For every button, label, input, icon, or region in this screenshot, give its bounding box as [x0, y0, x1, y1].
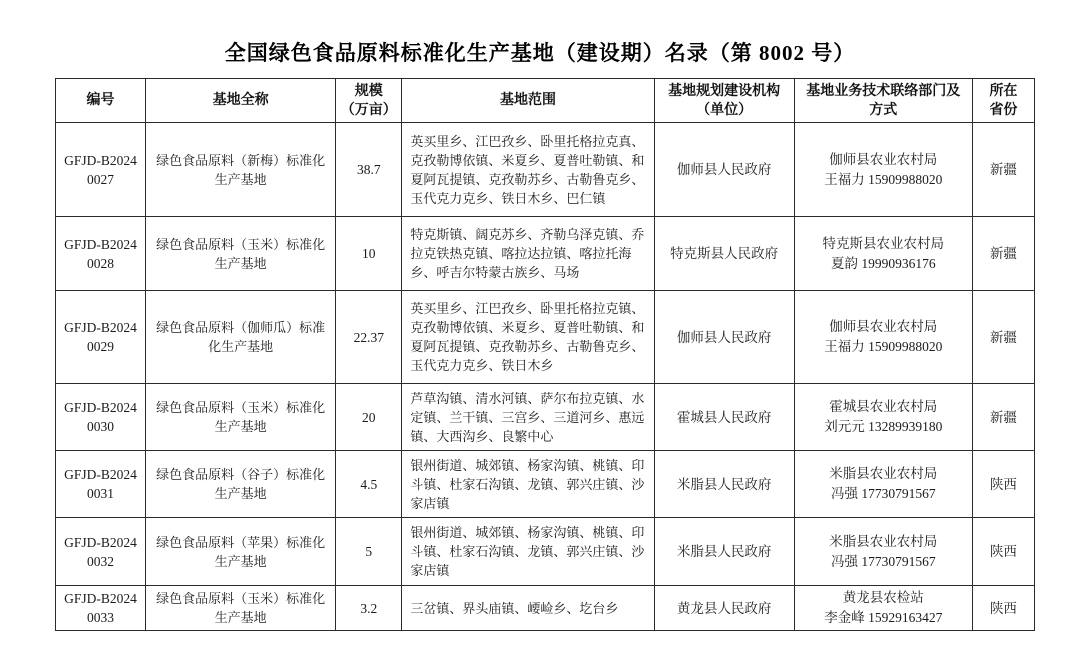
cell-agency: 米脂县人民政府 — [654, 451, 794, 518]
id-number: 0028 — [60, 254, 141, 273]
table-row: GFJD-B20240029 绿色食品原料（伽师瓜）标准化生产基地 22.37 … — [56, 291, 1035, 384]
header-province: 所在省份 — [972, 79, 1034, 123]
cell-id: GFJD-B20240031 — [56, 451, 146, 518]
cell-id: GFJD-B20240030 — [56, 384, 146, 451]
header-scope: 基地范围 — [402, 79, 654, 123]
header-contact: 基地业务技术联络部门及方式 — [794, 79, 972, 123]
id-prefix: GFJD-B2024 — [60, 151, 141, 170]
cell-scale: 38.7 — [336, 123, 402, 217]
cell-agency: 伽师县人民政府 — [654, 123, 794, 217]
contact-dept: 黄龙县农检站 — [799, 588, 968, 608]
cell-name: 绿色食品原料（谷子）标准化生产基地 — [146, 451, 336, 518]
cell-province: 新疆 — [972, 217, 1034, 291]
contact-person-phone: 夏韵 19990936176 — [799, 254, 968, 274]
id-number: 0029 — [60, 337, 141, 356]
base-directory-table: 编号 基地全称 规模（万亩） 基地范围 基地规划建设机构（单位） 基地业务技术联… — [55, 78, 1035, 631]
cell-scope: 三岔镇、界头庙镇、崾崄乡、圪台乡 — [402, 586, 654, 631]
cell-name: 绿色食品原料（苹果）标准化生产基地 — [146, 518, 336, 586]
page-title: 全国绿色食品原料标准化生产基地（建设期）名录（第 8002 号） — [0, 40, 1080, 66]
cell-name: 绿色食品原料（玉米）标准化生产基地 — [146, 217, 336, 291]
id-number: 0027 — [60, 170, 141, 189]
cell-scope: 银州街道、城郊镇、杨家沟镇、桃镇、印斗镇、杜家石沟镇、龙镇、郭兴庄镇、沙家店镇 — [402, 451, 654, 518]
table-row: GFJD-B20240031 绿色食品原料（谷子）标准化生产基地 4.5 银州街… — [56, 451, 1035, 518]
cell-name: 绿色食品原料（玉米）标准化生产基地 — [146, 586, 336, 631]
contact-dept: 特克斯县农业农村局 — [799, 234, 968, 254]
cell-agency: 霍城县人民政府 — [654, 384, 794, 451]
header-id: 编号 — [56, 79, 146, 123]
header-scale-line2: （万亩） — [340, 101, 397, 120]
table-row: GFJD-B20240027 绿色食品原料（新梅）标准化生产基地 38.7 英买… — [56, 123, 1035, 217]
header-province-line2: 省份 — [977, 101, 1030, 120]
cell-agency: 特克斯县人民政府 — [654, 217, 794, 291]
id-prefix: GFJD-B2024 — [60, 398, 141, 417]
cell-agency: 米脂县人民政府 — [654, 518, 794, 586]
cell-contact: 米脂县农业农村局冯强 17730791567 — [794, 451, 972, 518]
header-agency-line1: 基地规划建设机构 — [659, 82, 790, 101]
header-agency-line2: （单位） — [659, 101, 790, 120]
id-number: 0032 — [60, 552, 141, 571]
id-number: 0033 — [60, 608, 141, 627]
header-province-line1: 所在 — [977, 82, 1030, 101]
header-scale: 规模（万亩） — [336, 79, 402, 123]
cell-contact: 伽师县农业农村局王福力 15909988020 — [794, 123, 972, 217]
header-scale-line1: 规模 — [340, 82, 397, 101]
id-prefix: GFJD-B2024 — [60, 318, 141, 337]
cell-id: GFJD-B20240027 — [56, 123, 146, 217]
id-number: 0031 — [60, 484, 141, 503]
header-contact-line1: 基地业务技术联络部门及 — [799, 82, 968, 101]
table-row: GFJD-B20240032 绿色食品原料（苹果）标准化生产基地 5 银州街道、… — [56, 518, 1035, 586]
contact-person-phone: 刘元元 13289939180 — [799, 417, 968, 437]
cell-province: 陕西 — [972, 451, 1034, 518]
contact-person-phone: 李金峰 15929163427 — [799, 608, 968, 628]
contact-dept: 米脂县农业农村局 — [799, 464, 968, 484]
cell-contact: 米脂县农业农村局冯强 17730791567 — [794, 518, 972, 586]
contact-person-phone: 冯强 17730791567 — [799, 484, 968, 504]
cell-province: 陕西 — [972, 586, 1034, 631]
cell-scale: 22.37 — [336, 291, 402, 384]
contact-person-phone: 王福力 15909988020 — [799, 337, 968, 357]
cell-id: GFJD-B20240033 — [56, 586, 146, 631]
cell-agency: 伽师县人民政府 — [654, 291, 794, 384]
cell-scope: 英买里乡、江巴孜乡、卧里托格拉克真、克孜勒博依镇、米夏乡、夏普吐勒镇、和夏阿瓦提… — [402, 123, 654, 217]
cell-scale: 4.5 — [336, 451, 402, 518]
table-row: GFJD-B20240030 绿色食品原料（玉米）标准化生产基地 20 芦草沟镇… — [56, 384, 1035, 451]
id-prefix: GFJD-B2024 — [60, 589, 141, 608]
cell-province: 陕西 — [972, 518, 1034, 586]
cell-contact: 霍城县农业农村局刘元元 13289939180 — [794, 384, 972, 451]
cell-scope: 银州街道、城郊镇、杨家沟镇、桃镇、印斗镇、杜家石沟镇、龙镇、郭兴庄镇、沙家店镇 — [402, 518, 654, 586]
cell-name: 绿色食品原料（伽师瓜）标准化生产基地 — [146, 291, 336, 384]
cell-scope: 特克斯镇、阔克苏乡、齐勒乌泽克镇、乔拉克铁热克镇、喀拉达拉镇、喀拉托海乡、呼吉尔… — [402, 217, 654, 291]
cell-scale: 10 — [336, 217, 402, 291]
contact-dept: 米脂县农业农村局 — [799, 532, 968, 552]
cell-scope: 芦草沟镇、清水河镇、萨尔布拉克镇、水定镇、兰干镇、三宫乡、三道河乡、惠远镇、大西… — [402, 384, 654, 451]
cell-contact: 特克斯县农业农村局夏韵 19990936176 — [794, 217, 972, 291]
contact-person-phone: 王福力 15909988020 — [799, 170, 968, 190]
cell-scale: 3.2 — [336, 586, 402, 631]
id-prefix: GFJD-B2024 — [60, 235, 141, 254]
cell-id: GFJD-B20240028 — [56, 217, 146, 291]
cell-contact: 伽师县农业农村局王福力 15909988020 — [794, 291, 972, 384]
header-row: 编号 基地全称 规模（万亩） 基地范围 基地规划建设机构（单位） 基地业务技术联… — [56, 79, 1035, 123]
cell-name: 绿色食品原料（新梅）标准化生产基地 — [146, 123, 336, 217]
cell-scale: 20 — [336, 384, 402, 451]
cell-province: 新疆 — [972, 384, 1034, 451]
cell-province: 新疆 — [972, 123, 1034, 217]
contact-dept: 伽师县农业农村局 — [799, 150, 968, 170]
table-row: GFJD-B20240028 绿色食品原料（玉米）标准化生产基地 10 特克斯镇… — [56, 217, 1035, 291]
id-number: 0030 — [60, 417, 141, 436]
cell-scope: 英买里乡、江巴孜乡、卧里托格拉克镇、克孜勒博依镇、米夏乡、夏普吐勒镇、和夏阿瓦提… — [402, 291, 654, 384]
cell-agency: 黄龙县人民政府 — [654, 586, 794, 631]
cell-province: 新疆 — [972, 291, 1034, 384]
cell-id: GFJD-B20240029 — [56, 291, 146, 384]
table-row: GFJD-B20240033 绿色食品原料（玉米）标准化生产基地 3.2 三岔镇… — [56, 586, 1035, 631]
cell-name: 绿色食品原料（玉米）标准化生产基地 — [146, 384, 336, 451]
contact-person-phone: 冯强 17730791567 — [799, 552, 968, 572]
id-prefix: GFJD-B2024 — [60, 533, 141, 552]
contact-dept: 霍城县农业农村局 — [799, 397, 968, 417]
header-contact-line2: 方式 — [799, 101, 968, 120]
header-name: 基地全称 — [146, 79, 336, 123]
header-agency: 基地规划建设机构（单位） — [654, 79, 794, 123]
contact-dept: 伽师县农业农村局 — [799, 317, 968, 337]
cell-contact: 黄龙县农检站李金峰 15929163427 — [794, 586, 972, 631]
cell-scale: 5 — [336, 518, 402, 586]
id-prefix: GFJD-B2024 — [60, 465, 141, 484]
cell-id: GFJD-B20240032 — [56, 518, 146, 586]
